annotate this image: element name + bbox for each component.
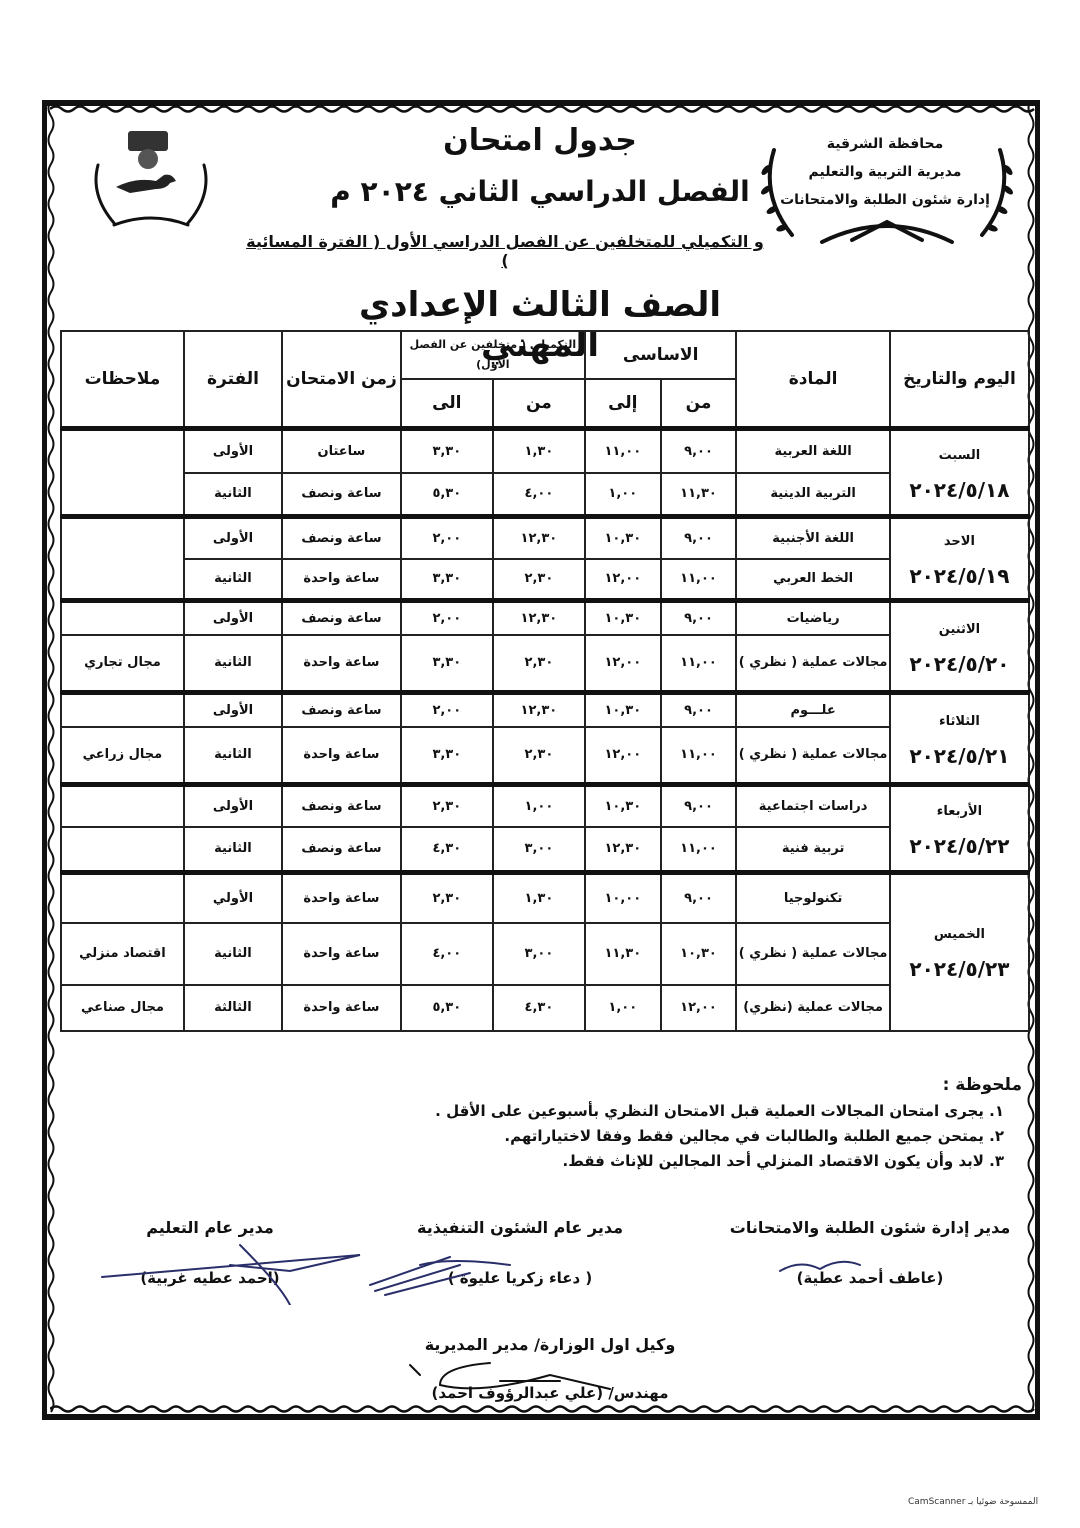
duration-cell: ساعة واحدة — [282, 635, 401, 693]
table-header-row: اليوم والتاريخ المادة الاساسى التكميلي (… — [61, 331, 1029, 379]
exam-schedule-table: اليوم والتاريخ المادة الاساسى التكميلي (… — [60, 330, 1030, 1032]
table-row: الخط العربي ١١,٠٠ ١٢,٠٠ ٢,٣٠ ٣,٣٠ ساعة و… — [61, 559, 1029, 601]
subject-cell: مجالات عملية (نظري) — [736, 985, 889, 1031]
period-cell: الأولى — [184, 517, 282, 559]
day-date: ٢٠٢٤/٥/٢٢ — [891, 829, 1028, 863]
header-basic: الاساسى — [585, 331, 736, 379]
supp-from-cell: ٣,٠٠ — [493, 923, 585, 985]
header-period: الفترة — [184, 331, 282, 429]
header-subject: المادة — [736, 331, 889, 429]
basic-to-cell: ١٠,٣٠ — [585, 517, 661, 559]
wavy-border-left — [46, 100, 56, 1420]
supp-to-cell: ٢,٣٠ — [401, 785, 493, 827]
supp-from-cell: ١٢,٣٠ — [493, 601, 585, 635]
duration-cell: ساعة ونصف — [282, 601, 401, 635]
header-duration: زمن الامتحان — [282, 331, 401, 429]
subject-cell: رياضيات — [736, 601, 889, 635]
basic-from-cell: ٩,٠٠ — [661, 873, 737, 923]
day-name: السبت — [891, 439, 1028, 473]
basic-to-cell: ١١,٣٠ — [585, 923, 661, 985]
basic-to-cell: ١٢,٣٠ — [585, 827, 661, 873]
day-cell: الاثنين٢٠٢٤/٥/٢٠ — [890, 601, 1029, 693]
duration-cell: ساعة ونصف — [282, 827, 401, 873]
duration-cell: ساعة ونصف — [282, 517, 401, 559]
day-cell: السبت٢٠٢٤/٥/١٨ — [890, 429, 1029, 517]
subject-cell: دراسات اجتماعية — [736, 785, 889, 827]
supp-to-cell: ٣,٣٠ — [401, 635, 493, 693]
basic-from-cell: ١١,٠٠ — [661, 827, 737, 873]
period-cell: الثانية — [184, 559, 282, 601]
day-date: ٢٠٢٤/٥/٢٣ — [891, 952, 1028, 986]
duration-cell: ساعة ونصف — [282, 473, 401, 517]
day-name: الاثنين — [891, 613, 1028, 647]
supp-from-cell: ١٢,٣٠ — [493, 693, 585, 727]
basic-from-cell: ٩,٠٠ — [661, 785, 737, 827]
duration-cell: ساعة واحدة — [282, 873, 401, 923]
duration-cell: ساعة ونصف — [282, 693, 401, 727]
duration-cell: ساعة واحدة — [282, 923, 401, 985]
supp-to-cell: ٢,٣٠ — [401, 873, 493, 923]
table-row: التربية الدينية ١١,٣٠ ١,٠٠ ٤,٠٠ ٥,٣٠ ساع… — [61, 473, 1029, 517]
supp-to-cell: ٥,٣٠ — [401, 473, 493, 517]
basic-to-cell: ١١,٠٠ — [585, 429, 661, 473]
basic-to-cell: ١,٠٠ — [585, 985, 661, 1031]
basic-from-cell: ٩,٠٠ — [661, 517, 737, 559]
period-cell: الثالثة — [184, 985, 282, 1031]
day-date: ٢٠٢٤/٥/١٨ — [891, 473, 1028, 507]
subject-cell: مجالات عملية ( نظري ) — [736, 923, 889, 985]
subject-cell: اللغة العربية — [736, 429, 889, 473]
basic-from-cell: ٩,٠٠ — [661, 429, 737, 473]
period-cell: الأولى — [184, 785, 282, 827]
basic-to-cell: ١,٠٠ — [585, 473, 661, 517]
governorate-emblem-horse-icon — [86, 125, 216, 235]
remarks-cell: مجال زراعي — [61, 727, 184, 785]
table-row: الاثنين٢٠٢٤/٥/٢٠ رياضيات ٩,٠٠ ١٠,٣٠ ١٢,٣… — [61, 601, 1029, 635]
remarks-cell: مجال تجاري — [61, 635, 184, 693]
day-cell: الخميس٢٠٢٤/٥/٢٣ — [890, 873, 1029, 1031]
day-date: ٢٠٢٤/٥/٢١ — [891, 739, 1028, 773]
supplementary-subtitle: و التكميلي للمتخلفين عن الفصل الدراسي ال… — [240, 232, 770, 270]
supp-to-cell: ٢,٠٠ — [401, 601, 493, 635]
supp-to-cell: ٣,٣٠ — [401, 429, 493, 473]
remarks-cell: مجال صناعي — [61, 985, 184, 1031]
period-cell: الأولى — [184, 429, 282, 473]
wavy-border-bottom — [50, 1404, 1035, 1414]
handwritten-signature-icon — [400, 1355, 720, 1400]
period-cell: الثانية — [184, 635, 282, 693]
header-supp-to: الى — [401, 379, 493, 429]
supp-from-cell: ٣,٠٠ — [493, 827, 585, 873]
day-name: الثلاثاء — [891, 705, 1028, 739]
subject-cell: مجالات عملية ( نظري ) — [736, 635, 889, 693]
duration-cell: ساعة واحدة — [282, 727, 401, 785]
header-supplementary: التكميلي ( متخلفين عن الفصل الأول) — [401, 331, 585, 379]
basic-to-cell: ١٠,٣٠ — [585, 785, 661, 827]
day-date: ٢٠٢٤/٥/١٩ — [891, 559, 1028, 593]
wavy-border-top — [50, 104, 1035, 114]
subject-cell: التربية الدينية — [736, 473, 889, 517]
basic-from-cell: ٩,٠٠ — [661, 693, 737, 727]
duration-cell: ساعة واحدة — [282, 985, 401, 1031]
period-cell: الأولى — [184, 601, 282, 635]
supp-from-cell: ٢,٣٠ — [493, 727, 585, 785]
table-row: مجالات عملية (نظري) ١٢,٠٠ ١,٠٠ ٤,٣٠ ٥,٣٠… — [61, 985, 1029, 1031]
org-line-governorate: محافظة الشرقية — [760, 130, 1010, 158]
basic-to-cell: ١٢,٠٠ — [585, 727, 661, 785]
basic-from-cell: ١٢,٠٠ — [661, 985, 737, 1031]
table-row: السبت٢٠٢٤/٥/١٨ اللغة العربية ٩,٠٠ ١١,٠٠ … — [61, 429, 1029, 473]
day-cell: الأربعاء٢٠٢٤/٥/٢٢ — [890, 785, 1029, 873]
term-title: الفصل الدراسي الثاني ٢٠٢٤ م — [300, 175, 780, 208]
table-row: مجالات عملية ( نظري ) ١١,٠٠ ١٢,٠٠ ٢,٣٠ ٣… — [61, 635, 1029, 693]
period-cell: الأولي — [184, 873, 282, 923]
header-basic-from: من — [661, 379, 737, 429]
org-line-department: إدارة شئون الطلبة والامتحانات — [760, 186, 1010, 214]
handwritten-signatures-icon — [90, 1235, 990, 1305]
remarks-cell — [61, 873, 184, 923]
scanner-watermark: الممسوحة ضوئيا بـ CamScanner — [908, 1497, 1038, 1507]
supp-from-cell: ١,٣٠ — [493, 429, 585, 473]
day-date: ٢٠٢٤/٥/٢٠ — [891, 647, 1028, 681]
supp-from-cell: ١٢,٣٠ — [493, 517, 585, 559]
period-cell: الثانية — [184, 923, 282, 985]
org-line-directorate: مديرية التربية والتعليم — [760, 158, 1010, 186]
basic-from-cell: ١١,٠٠ — [661, 559, 737, 601]
day-name: الخميس — [891, 918, 1028, 952]
duration-cell: ساعة واحدة — [282, 559, 401, 601]
header-basic-to: إلى — [585, 379, 661, 429]
table-row: مجالات عملية ( نظري ) ١٠,٣٠ ١١,٣٠ ٣,٠٠ ٤… — [61, 923, 1029, 985]
subject-cell: الخط العربي — [736, 559, 889, 601]
notes-section: ملحوظة : ١. يجرى امتحان المجالات العملية… — [300, 1075, 1022, 1174]
basic-to-cell: ١٢,٠٠ — [585, 635, 661, 693]
supp-to-cell: ٤,٠٠ — [401, 923, 493, 985]
supp-to-cell: ٢,٠٠ — [401, 693, 493, 727]
supp-to-cell: ٤,٣٠ — [401, 827, 493, 873]
subject-cell: تربية فنية — [736, 827, 889, 873]
remarks-cell — [61, 601, 184, 635]
basic-to-cell: ١٠,٣٠ — [585, 693, 661, 727]
supp-from-cell: ٢,٣٠ — [493, 559, 585, 601]
basic-from-cell: ١١,٣٠ — [661, 473, 737, 517]
subject-cell: مجالات عملية ( نظري ) — [736, 727, 889, 785]
day-name: الأربعاء — [891, 795, 1028, 829]
exam-schedule-title: جدول امتحان — [300, 123, 780, 158]
note-item: ٣. لابد وأن يكون الاقتصاد المنزلي أحد ال… — [300, 1149, 1022, 1174]
supp-from-cell: ٢,٣٠ — [493, 635, 585, 693]
header-remarks: ملاحظات — [61, 331, 184, 429]
note-item: ٢. يمتحن جميع الطلبة والطالبات في مجالين… — [300, 1124, 1022, 1149]
day-cell: الاحد٢٠٢٤/٥/١٩ — [890, 517, 1029, 601]
basic-to-cell: ١٢,٠٠ — [585, 559, 661, 601]
header-day-date: اليوم والتاريخ — [890, 331, 1029, 429]
day-cell: الثلاثاء٢٠٢٤/٥/٢١ — [890, 693, 1029, 785]
supp-from-cell: ٤,٣٠ — [493, 985, 585, 1031]
basic-to-cell: ١٠,٣٠ — [585, 601, 661, 635]
signature-title: وكيل اول الوزارة/ مدير المديرية — [380, 1335, 720, 1354]
period-cell: الأولى — [184, 693, 282, 727]
header-supp-from: من — [493, 379, 585, 429]
organization-header: محافظة الشرقية مديرية التربية والتعليم إ… — [760, 130, 1010, 214]
period-cell: الثانية — [184, 827, 282, 873]
table-row: الاحد٢٠٢٤/٥/١٩ اللغة الأجنبية ٩,٠٠ ١٠,٣٠… — [61, 517, 1029, 559]
supp-to-cell: ٥,٣٠ — [401, 985, 493, 1031]
table-row: الأربعاء٢٠٢٤/٥/٢٢ دراسات اجتماعية ٩,٠٠ ١… — [61, 785, 1029, 827]
period-cell: الثانية — [184, 727, 282, 785]
subject-cell: علـــوم — [736, 693, 889, 727]
table-row: مجالات عملية ( نظري ) ١١,٠٠ ١٢,٠٠ ٢,٣٠ ٣… — [61, 727, 1029, 785]
table-row: الثلاثاء٢٠٢٤/٥/٢١ علـــوم ٩,٠٠ ١٠,٣٠ ١٢,… — [61, 693, 1029, 727]
remarks-cell — [61, 429, 184, 517]
supp-to-cell: ٣,٣٠ — [401, 559, 493, 601]
table-row: الخميس٢٠٢٤/٥/٢٣ تكنولوجيا ٩,٠٠ ١٠,٠٠ ١,٣… — [61, 873, 1029, 923]
subject-cell: تكنولوجيا — [736, 873, 889, 923]
notes-heading: ملحوظة : — [300, 1075, 1022, 1095]
supp-to-cell: ٣,٣٠ — [401, 727, 493, 785]
duration-cell: ساعة ونصف — [282, 785, 401, 827]
remarks-cell — [61, 693, 184, 727]
supp-from-cell: ٤,٠٠ — [493, 473, 585, 517]
remarks-cell: اقتصاد منزلي — [61, 923, 184, 985]
basic-from-cell: ١١,٠٠ — [661, 635, 737, 693]
remarks-cell — [61, 785, 184, 827]
basic-from-cell: ٩,٠٠ — [661, 601, 737, 635]
remarks-cell — [61, 827, 184, 873]
subject-cell: اللغة الأجنبية — [736, 517, 889, 559]
remarks-cell — [61, 517, 184, 601]
supp-to-cell: ٢,٠٠ — [401, 517, 493, 559]
period-cell: الثانية — [184, 473, 282, 517]
supp-from-cell: ١,٣٠ — [493, 873, 585, 923]
basic-from-cell: ١١,٠٠ — [661, 727, 737, 785]
supp-from-cell: ١,٠٠ — [493, 785, 585, 827]
day-name: الاحد — [891, 525, 1028, 559]
table-row: تربية فنية ١١,٠٠ ١٢,٣٠ ٣,٠٠ ٤,٣٠ ساعة ون… — [61, 827, 1029, 873]
note-item: ١. يجرى امتحان المجالات العملية قبل الام… — [300, 1099, 1022, 1124]
duration-cell: ساعتان — [282, 429, 401, 473]
basic-to-cell: ١٠,٠٠ — [585, 873, 661, 923]
basic-from-cell: ١٠,٣٠ — [661, 923, 737, 985]
